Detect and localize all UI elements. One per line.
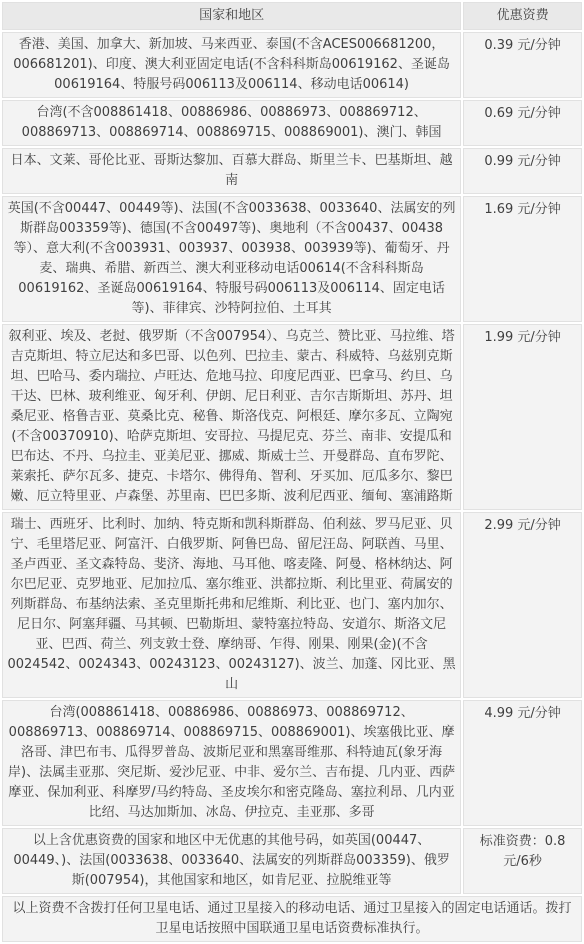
table-footer-row: 以上资费不含拨打任何卫星电话、通过卫星接入的移动电话、通过卫星接入的固定电话通话… — [2, 896, 582, 942]
rate-cell: 1.99 元/分钟 — [463, 324, 582, 510]
rate-cell: 标准资费：0.8元/6秒 — [463, 828, 582, 894]
table-row: 叙利亚、埃及、老挝、俄罗斯（不含007954）、乌克兰、赞比亚、马拉维、塔吉克斯… — [2, 324, 582, 510]
column-header-rate: 优惠资费 — [463, 2, 582, 30]
table-header-row: 国家和地区 优惠资费 — [2, 2, 582, 30]
rate-cell: 1.69 元/分钟 — [463, 196, 582, 322]
column-header-regions: 国家和地区 — [2, 2, 461, 30]
rate-cell: 0.39 元/分钟 — [463, 32, 582, 98]
rate-cell: 0.99 元/分钟 — [463, 148, 582, 194]
regions-cell: 叙利亚、埃及、老挝、俄罗斯（不含007954）、乌克兰、赞比亚、马拉维、塔吉克斯… — [2, 324, 461, 510]
regions-cell: 香港、美国、加拿大、新加坡、马来西亚、泰国(不含ACES006681200，00… — [2, 32, 461, 98]
table-row: 台湾(008861418、00886986、00886973、008869712… — [2, 700, 582, 826]
table-row: 英国(不含00447、00449等)、法国(不含0033638、0033640、… — [2, 196, 582, 322]
regions-cell: 瑞士、西班牙、比利时、加纳、特克斯和凯科斯群岛、伯利兹、罗马尼亚、贝宁、毛里塔尼… — [2, 512, 461, 698]
rate-cell: 2.99 元/分钟 — [463, 512, 582, 698]
table-row: 以上含优惠资费的国家和地区中无优惠的其他号码，如英国(00447、00449、)… — [2, 828, 582, 894]
table-row: 台湾(不含008861418、00886986、00886973、0088697… — [2, 100, 582, 146]
rate-cell: 4.99 元/分钟 — [463, 700, 582, 826]
regions-cell: 以上含优惠资费的国家和地区中无优惠的其他号码，如英国(00447、00449、)… — [2, 828, 461, 894]
table-row: 日本、文莱、哥伦比亚、哥斯达黎加、百慕大群岛、斯里兰卡、巴基斯坦、越南 0.99… — [2, 148, 582, 194]
rate-cell: 0.69 元/分钟 — [463, 100, 582, 146]
regions-cell: 英国(不含00447、00449等)、法国(不含0033638、0033640、… — [2, 196, 461, 322]
regions-cell: 日本、文莱、哥伦比亚、哥斯达黎加、百慕大群岛、斯里兰卡、巴基斯坦、越南 — [2, 148, 461, 194]
table-row: 瑞士、西班牙、比利时、加纳、特克斯和凯科斯群岛、伯利兹、罗马尼亚、贝宁、毛里塔尼… — [2, 512, 582, 698]
regions-cell: 台湾(不含008861418、00886986、00886973、0088697… — [2, 100, 461, 146]
rates-table: 国家和地区 优惠资费 香港、美国、加拿大、新加坡、马来西亚、泰国(不含ACES0… — [0, 0, 584, 944]
table-row: 香港、美国、加拿大、新加坡、马来西亚、泰国(不含ACES006681200，00… — [2, 32, 582, 98]
regions-cell: 台湾(008861418、00886986、00886973、008869712… — [2, 700, 461, 826]
footer-note: 以上资费不含拨打任何卫星电话、通过卫星接入的移动电话、通过卫星接入的固定电话通话… — [2, 896, 582, 942]
